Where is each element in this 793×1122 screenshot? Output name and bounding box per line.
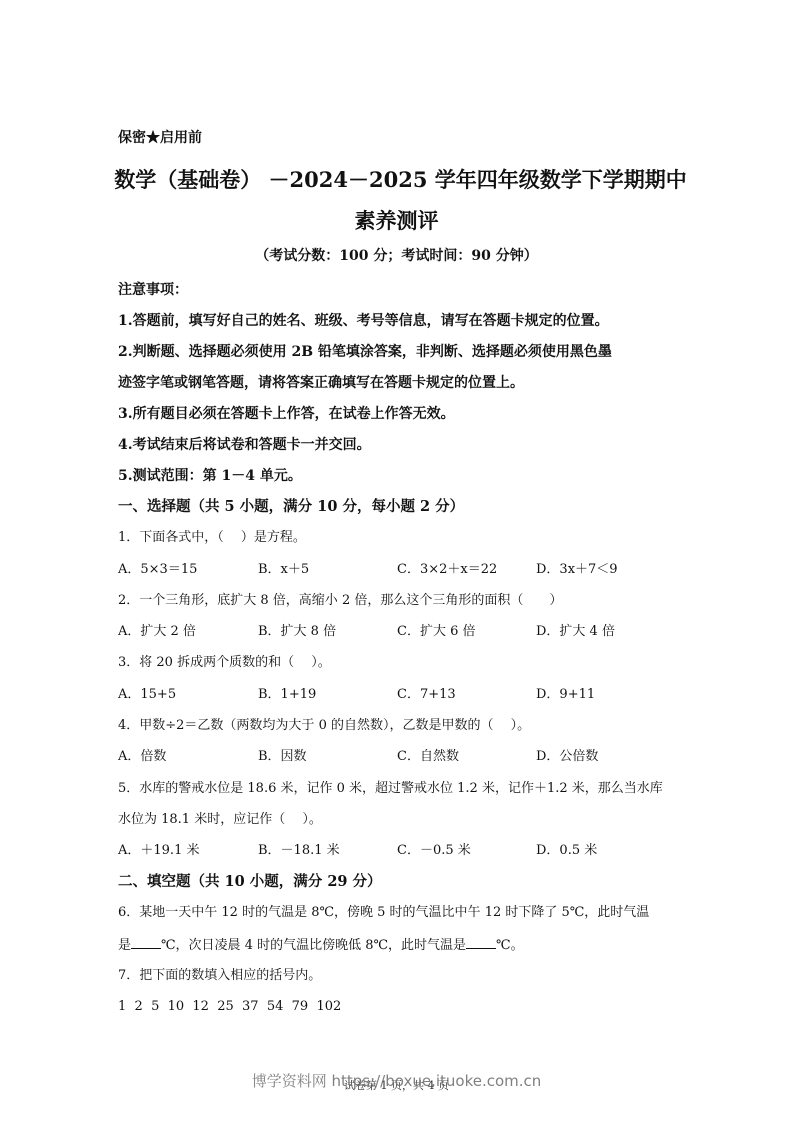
answer-blank-2[interactable]	[466, 936, 496, 949]
question-6-text-b: ℃，次日凌晨 4 时的气温比傍晚低 8℃，此时气温是	[161, 938, 466, 953]
notice-item-4: 4.考试结束后将试卷和答题卡一并交回。	[118, 436, 371, 454]
exam-info: （考试分数：100 分；考试时间：90 分钟）	[0, 247, 793, 265]
option-b: B．1+19	[258, 686, 316, 704]
question-6-stem-cont: 是℃，次日凌晨 4 时的气温比傍晚低 8℃，此时气温是℃。	[118, 936, 524, 955]
question-5-options: A．＋19.1 米 B．－18.1 米 C．－0.5 米 D．0.5 米	[118, 842, 678, 860]
option-d: D．公倍数	[536, 748, 598, 766]
notice-item-2-cont: 迹签字笔或钢笔答题，请将答案正确填写在答题卡规定的位置上。	[118, 374, 524, 392]
option-c: C．3×2＋x＝22	[397, 561, 497, 579]
option-b: B．－18.1 米	[258, 842, 340, 860]
question-4-stem: 4．甲数÷2＝乙数（两数均为大于 0 的自然数），乙数是甲数的（ ）。	[118, 717, 530, 735]
option-b: B．扩大 8 倍	[258, 623, 336, 641]
question-4-options: A．倍数 B．因数 C．自然数 D．公倍数	[118, 748, 678, 766]
notice-item-1: 1.答题前，填写好自己的姓名、班级、考号等信息，请写在答题卡规定的位置。	[118, 312, 609, 330]
option-d: D．3x＋7＜9	[536, 561, 618, 579]
option-a: A．5×3＝15	[118, 561, 197, 579]
option-c: C．－0.5 米	[397, 842, 471, 860]
option-a: A．＋19.1 米	[118, 842, 199, 860]
option-b: B．x＋5	[258, 561, 309, 579]
question-6-stem: 6．某地一天中午 12 时的气温是 8℃，傍晚 5 时的气温比中午 12 时下降…	[118, 904, 649, 922]
option-d: D．9+11	[536, 686, 595, 704]
notice-heading: 注意事项：	[118, 281, 188, 299]
question-7-stem: 7．把下面的数填入相应的括号内。	[118, 967, 321, 985]
question-5-stem: 5．水库的警戒水位是 18.6 米，记作 0 米，超过警戒水位 1.2 米，记作…	[118, 780, 663, 798]
question-2-stem: 2．一个三角形，底扩大 8 倍，高缩小 2 倍，那么这个三角形的面积（ ）	[118, 592, 562, 610]
question-3-stem: 3．将 20 拆成两个质数的和（ ）。	[118, 654, 331, 672]
section-heading-choice: 一、选择题（共 5 小题，满分 10 分，每小题 2 分）	[118, 498, 464, 516]
notice-item-3: 3.所有题目必须在答题卡上作答，在试卷上作答无效。	[118, 405, 455, 423]
option-a: A．15+5	[118, 686, 176, 704]
watermark: 博学资料网 https://boxue.ituoke.com.cn	[0, 1070, 793, 1091]
option-c: C．自然数	[397, 748, 459, 766]
question-1-stem: 1．下面各式中，（ ）是方程。	[118, 529, 306, 547]
option-b: B．因数	[258, 748, 307, 766]
option-c: C．扩大 6 倍	[397, 623, 475, 641]
option-d: D．0.5 米	[536, 842, 597, 860]
question-5-stem-cont: 水位为 18.1 米时，应记作（ ）。	[118, 811, 322, 829]
notice-item-5: 5.测试范围：第 1－4 单元。	[118, 467, 302, 485]
question-6-text-a: 是	[118, 938, 131, 953]
question-3-options: A．15+5 B．1+19 C．7+13 D．9+11	[118, 686, 678, 704]
confidential-label: 保密★启用前	[118, 129, 202, 147]
exam-title-line2: 素养测评	[0, 207, 793, 235]
section-heading-fill: 二、填空题（共 10 小题，满分 29 分）	[118, 873, 382, 891]
exam-title: 数学（基础卷） －2024－2025 学年四年级数学下学期期中	[4, 166, 793, 194]
option-c: C．7+13	[397, 686, 456, 704]
answer-blank-1[interactable]	[131, 936, 161, 949]
question-2-options: A．扩大 2 倍 B．扩大 8 倍 C．扩大 6 倍 D．扩大 4 倍	[118, 623, 678, 641]
option-a: A．扩大 2 倍	[118, 623, 196, 641]
option-a: A．倍数	[118, 748, 166, 766]
exam-page: 保密★启用前 数学（基础卷） －2024－2025 学年四年级数学下学期期中 素…	[0, 0, 793, 1122]
notice-item-2: 2.判断题、选择题必须使用 2B 铅笔填涂答案，非判断、选择题必须使用黑色墨	[118, 343, 612, 361]
question-7-numbers: 1 2 5 10 12 25 37 54 79 102	[118, 998, 341, 1016]
option-d: D．扩大 4 倍	[536, 623, 615, 641]
question-6-text-c: ℃。	[496, 938, 524, 953]
question-1-options: A．5×3＝15 B．x＋5 C．3×2＋x＝22 D．3x＋7＜9	[118, 561, 678, 579]
